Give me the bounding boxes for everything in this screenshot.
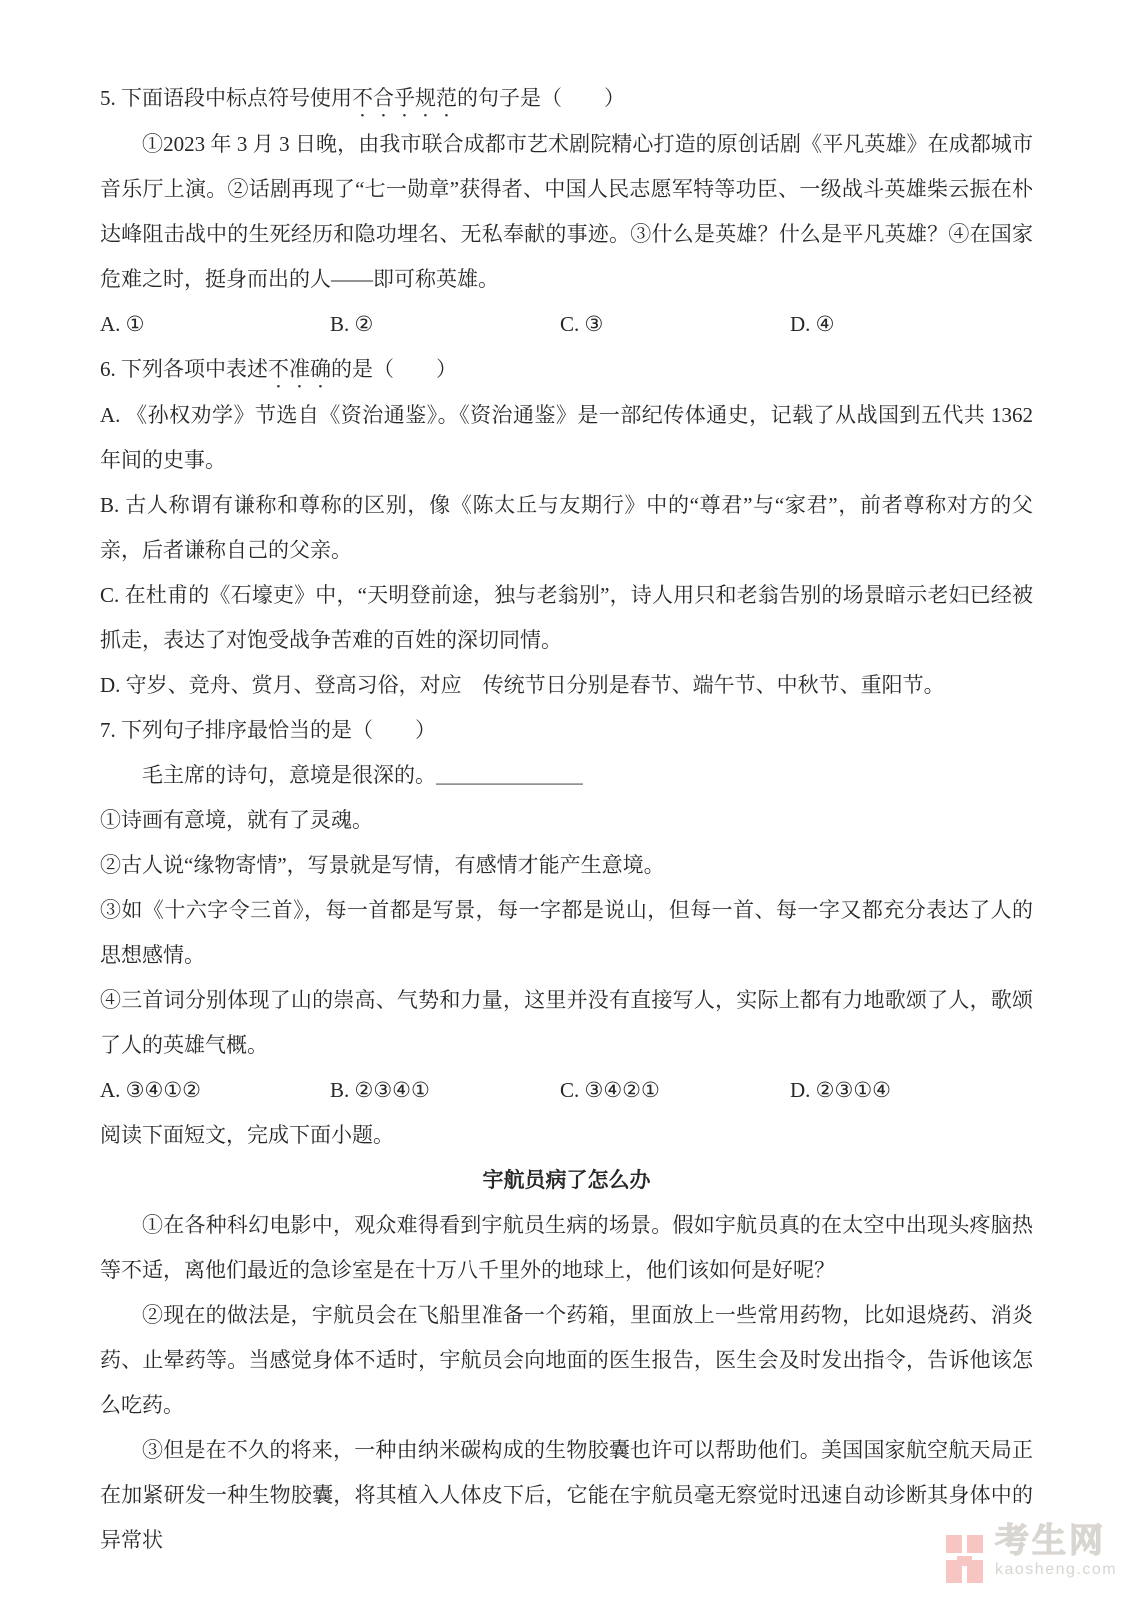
kaosheng-logo-icon <box>946 1535 984 1583</box>
q7-fill-blank: ＿＿＿＿＿＿＿ <box>436 763 583 787</box>
q6-option-b: B. 古人称谓有谦称和尊称的区别，像《陈太丘与友期行》中的“尊君”与“家君”，前… <box>100 483 1033 573</box>
q5-title-emphasized: 不合乎规范 <box>352 86 457 110</box>
question-5-title: 5. 下面语段中标点符号使用不合乎规范的句子是（ ） <box>100 76 1033 122</box>
reading-paragraph-3: ③但是在不久的将来，一种由纳米碳构成的生物胶囊也许可以帮助他们。美国国家航空航天… <box>100 1428 1033 1563</box>
q7-option-a: A. ③④①② <box>100 1068 330 1113</box>
question-5-passage: ①2023 年 3 月 3 日晚，由我市联合成都市艺术剧院精心打造的原创话剧《平… <box>100 122 1033 302</box>
q5-option-d: D. ④ <box>790 302 835 347</box>
q5-title-post: 的句子是（ ） <box>457 86 625 110</box>
question-7-options: A. ③④①② B. ②③④① C. ③④②① D. ②③①④ <box>100 1068 1033 1113</box>
q5-option-b: B. ② <box>330 302 560 347</box>
q7-sentence-3: ③如《十六字令三首》，每一首都是写景，每一字都是说山，但每一首、每一字又都充分表… <box>100 888 1033 978</box>
reading-paragraph-2: ②现在的做法是，宇航员会在飞船里准备一个药箱，里面放上一些常用药物，比如退烧药、… <box>100 1293 1033 1428</box>
q5-option-a: A. ① <box>100 302 330 347</box>
q6-option-c: C. 在杜甫的《石壕吏》中，“天明登前途，独与老翁别”，诗人用只和老翁告别的场景… <box>100 573 1033 663</box>
question-6-title: 6. 下列各项中表述不准确的是（ ） <box>100 347 1033 393</box>
q7-option-d: D. ②③①④ <box>790 1068 891 1113</box>
question-5-options: A. ① B. ② C. ③ D. ④ <box>100 302 1033 347</box>
q6-option-a: A. 《孙权劝学》节选自《资治通鉴》。《资治通鉴》是一部纪传体通史，记载了从战国… <box>100 393 1033 483</box>
watermark-domain: kaosheng.com <box>995 1561 1117 1579</box>
exam-page: 5. 下面语段中标点符号使用不合乎规范的句子是（ ） ①2023 年 3 月 3… <box>100 76 1033 1563</box>
reading-instruction: 阅读下面短文，完成下面小题。 <box>100 1113 1033 1158</box>
q6-title-post: 的是（ ） <box>331 357 457 381</box>
q7-option-c: C. ③④②① <box>560 1068 790 1113</box>
reading-paragraph-1: ①在各种科幻电影中，观众难得看到宇航员生病的场景。假如宇航员真的在太空中出现头疼… <box>100 1203 1033 1293</box>
q7-option-b: B. ②③④① <box>330 1068 560 1113</box>
kaosheng-watermark: 考生网 kaosheng.com <box>946 1526 1117 1583</box>
watermark-text: 考生网 kaosheng.com <box>995 1526 1117 1579</box>
q6-title-emphasized: 不准确 <box>268 357 331 381</box>
q5-option-c: C. ③ <box>560 302 790 347</box>
q5-title-pre: 5. 下面语段中标点符号使用 <box>100 86 352 110</box>
question-7-title: 7. 下列句子排序最恰当的是（ ） <box>100 708 1033 753</box>
reading-passage-title: 宇航员病了怎么办 <box>100 1158 1033 1203</box>
q7-lead-text: 毛主席的诗句，意境是很深的。 <box>142 763 436 787</box>
q7-sentence-4: ④三首词分别体现了山的崇高、气势和力量，这里并没有直接写人，实际上都有力地歌颂了… <box>100 978 1033 1068</box>
question-7-lead: 毛主席的诗句，意境是很深的。＿＿＿＿＿＿＿ <box>100 753 1033 798</box>
q7-sentence-1: ①诗画有意境，就有了灵魂。 <box>100 798 1033 843</box>
watermark-brand: 考生网 <box>995 1526 1117 1558</box>
q6-title-pre: 6. 下列各项中表述 <box>100 357 268 381</box>
q6-option-d: D. 守岁、竞舟、赏月、登高习俗，对应 传统节日分别是春节、端午节、中秋节、重阳… <box>100 663 1033 708</box>
q7-sentence-2: ②古人说“缘物寄情”，写景就是写情，有感情才能产生意境。 <box>100 843 1033 888</box>
